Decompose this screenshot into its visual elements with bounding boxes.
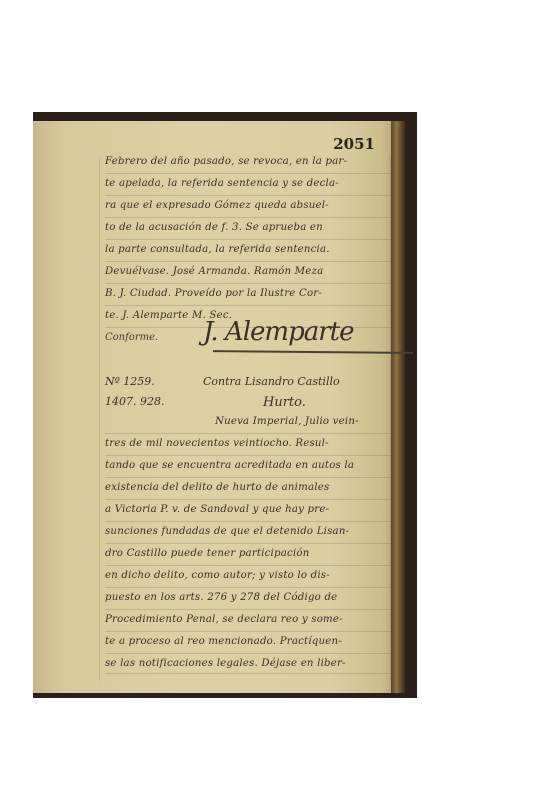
text-line: te apelada, la referida sentencia y se d…	[105, 173, 391, 196]
case-number: Nº 1259.	[105, 375, 155, 388]
ledger-page: 2051 Febrero del año pasado, se revoca, …	[33, 121, 405, 693]
text-line: la parte consultada, la referida sentenc…	[105, 239, 391, 262]
conforme-label: Conforme.	[105, 327, 158, 349]
date-reference: 1407. 928.	[105, 395, 164, 408]
text-line: B. J. Ciudad. Proveído por la Ilustre Co…	[105, 283, 391, 306]
text-line: ra que el expresado Gómez queda absuel-	[105, 195, 391, 218]
text-line: dro Castillo puede tener participación	[105, 543, 391, 566]
text-line: en dicho delito, como autor; y visto lo …	[105, 565, 391, 588]
text-line: to de la acusación de f. 3. Se aprueba e…	[105, 217, 391, 240]
text-line: se las notificaciones legales. Déjase en…	[105, 653, 391, 674]
text-line: existencia del delito de hurto de animal…	[105, 477, 391, 500]
text-line: tando que se encuentra acreditada en aut…	[105, 455, 391, 478]
case-title: Contra Lisandro Castillo	[203, 375, 340, 388]
page-spine-shadow	[391, 121, 405, 693]
text-line: Nueva Imperial, Julio vein-	[105, 411, 391, 434]
text-line: puesto en los arts. 276 y 278 del Código…	[105, 587, 391, 610]
scanned-ledger-image: 2051 Febrero del año pasado, se revoca, …	[33, 112, 417, 698]
text-line: sunciones fundadas de que el detenido Li…	[105, 521, 391, 544]
text-line: a Victoria P. v. de Sandoval y que hay p…	[105, 499, 391, 522]
text-line: tres de mil novecientos veintiocho. Resu…	[105, 433, 391, 456]
case-subtitle: Hurto.	[263, 395, 306, 410]
text-line: Febrero del año pasado, se revoca, en la…	[105, 151, 391, 174]
signature: J. Alemparte	[203, 317, 353, 347]
text-line: te a proceso al reo mencionado. Practíqu…	[105, 631, 391, 654]
text-line: Devuélvase. José Armanda. Ramón Meza	[105, 261, 391, 284]
text-line: Procedimiento Penal, se declara reo y so…	[105, 609, 391, 632]
